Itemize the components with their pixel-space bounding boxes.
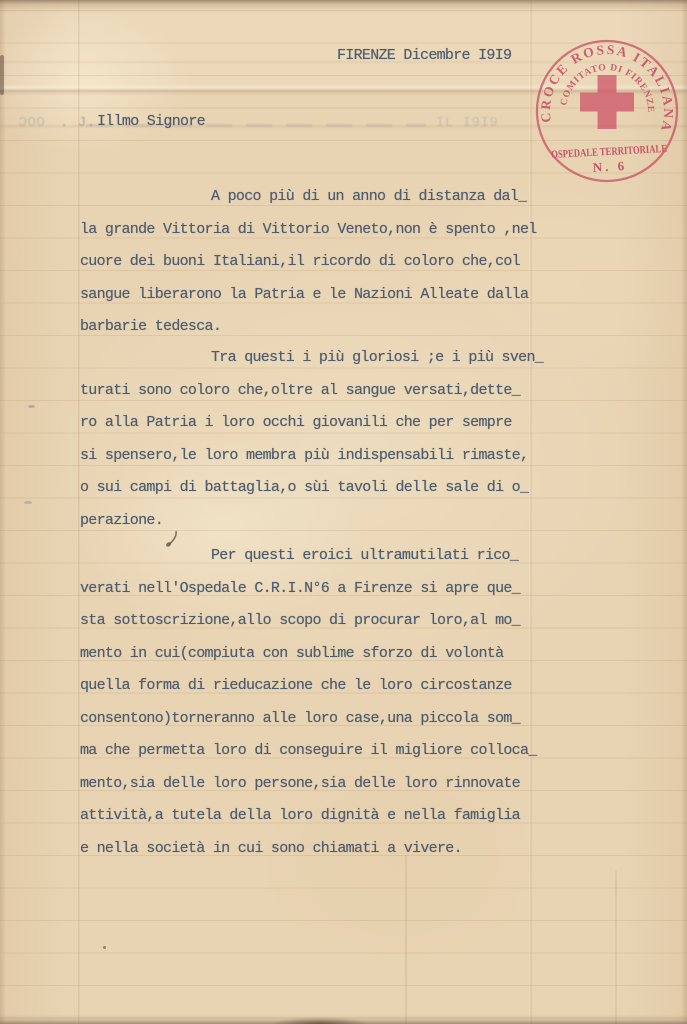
bleedthrough-fragment: IL I9I9: [436, 115, 498, 131]
paper-speck: [28, 405, 35, 408]
vertical-fold-crease: [405, 855, 407, 1024]
typed-line: ro alla Patria i loro occhi giovanili ch…: [80, 407, 580, 440]
page-edge-shadow-bottom: [0, 1010, 687, 1024]
page-edge-shadow-top: [0, 0, 687, 14]
paragraph-2: Tra questi i più gloriosi ;e i più sven_…: [80, 342, 580, 537]
typed-line: ma che permetta loro di conseguire il mi…: [80, 735, 580, 768]
typed-line: la grande Vittoria di Vittorio Veneto,no…: [80, 214, 580, 247]
typed-line: cuore dei buoni Italiani,il ricordo di c…: [80, 246, 580, 279]
typed-line: consentono)torneranno alle loro case,una…: [80, 703, 580, 736]
typed-line: Per questi eroici ultramutilati rico_: [80, 540, 580, 573]
bleedthrough-fragment: . J.: [60, 115, 96, 131]
salutation: Illmo Signore: [97, 112, 205, 132]
paragraph-1: A poco più di un anno di distanza dal_ l…: [80, 181, 580, 344]
vertical-fold-crease: [615, 870, 617, 1024]
typed-line: quella forma di rieducazione che le loro…: [80, 670, 580, 703]
paper-speck: [103, 946, 106, 949]
page-edge-shadow-left: [0, 0, 6, 1024]
typed-line: sta sottoscrizione,allo scopo di procura…: [80, 605, 580, 638]
typed-line: sangue liberarono la Patria e le Nazioni…: [80, 279, 580, 312]
typed-line: perazione.: [80, 505, 580, 538]
typed-line: Tra questi i più gloriosi ;e i più sven_: [80, 342, 580, 375]
letter-page: OOC . J. IL I9I9 FIRENZE Dicembre I9I9 I…: [0, 0, 687, 1024]
typed-line: mento in cui(compiuta con sublime sforzo…: [80, 638, 580, 671]
typed-line: barbarie tedesca.: [80, 311, 580, 344]
paragraph-3: Per questi eroici ultramutilati rico_ ve…: [80, 540, 580, 865]
bleedthrough-fragment: OOC: [18, 115, 45, 131]
paper-edge-mark: [0, 55, 4, 95]
date-line: FIRENZE Dicembre I9I9: [337, 47, 511, 65]
typed-line: si spensero,le loro membra più indispens…: [80, 440, 580, 473]
ink-mark: [160, 529, 182, 551]
typed-line: verati nell'Ospedale C.R.I.N°6 a Firenze…: [80, 573, 580, 606]
paper-speck: [24, 501, 32, 504]
red-cross-stamp: CROCE ROSSA ITALIANA COMITATO DI FIRENZE…: [522, 26, 687, 196]
typed-line: o sui campi di battaglia,o sùi tavoli de…: [80, 472, 580, 505]
typed-line: turati sono coloro che,oltre al sangue v…: [80, 375, 580, 408]
typed-line: A poco più di un anno di distanza dal_: [80, 181, 580, 214]
stamp-number-line: N. 6: [592, 158, 627, 175]
typed-line: attività,a tutela della loro dignità e n…: [80, 800, 580, 833]
typed-line: mento,sia delle loro persone,sia delle l…: [80, 768, 580, 801]
bleedthrough-ghost-line: OOC . J. IL I9I9: [2, 115, 512, 135]
typed-line: e nella società in cui sono chiamati a v…: [80, 833, 580, 866]
red-cross-icon: [580, 75, 634, 129]
